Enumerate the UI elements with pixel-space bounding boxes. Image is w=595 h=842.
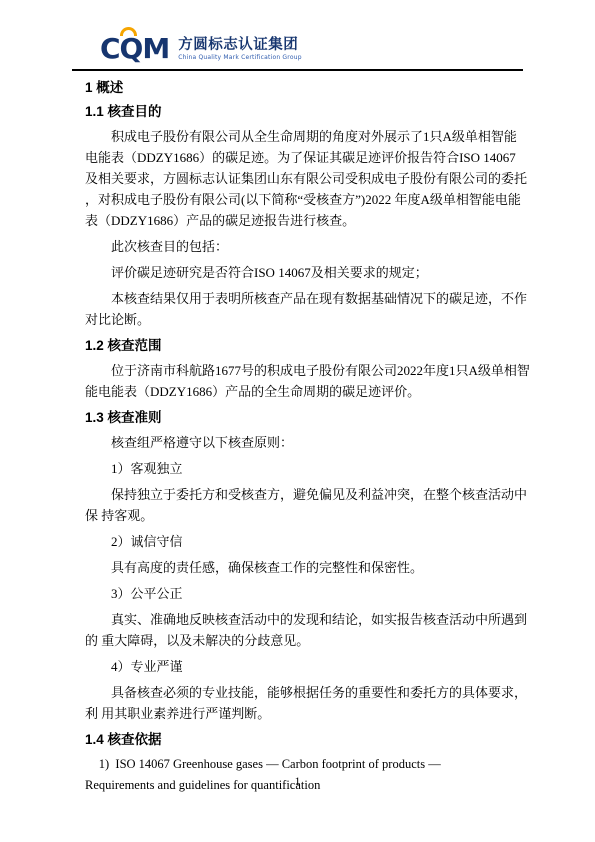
document-content: 1 概述 1.1 核查目的 积成电子股份有限公司从全生命周期的角度对外展示了1只… — [0, 71, 595, 796]
paragraph: 此次核查目的包括： — [85, 236, 512, 257]
paragraph-line: 1）客观独立 — [85, 458, 512, 479]
paragraph: 积成电子股份有限公司从全生命周期的角度对外展示了1只A级单相智能 电能表（DDZ… — [85, 126, 512, 231]
paragraph-line: 本核查结果仅用于表明所核查产品在现有数据基础情况下的碳足迹，不作 — [85, 288, 512, 309]
paragraph-line: 电能表（DDZY1686）的碳足迹。为了保证其碳足迹评价报告符合ISO 1406… — [85, 147, 512, 168]
paragraph: 1) ISO 14067 Greenhouse gases — Carbon f… — [85, 754, 512, 796]
cqm-wordmark: CQM — [100, 27, 169, 64]
paragraph-line: 此次核查目的包括： — [85, 236, 512, 257]
paragraph-line: 位于济南市科航路1677号的积成电子股份有限公司2022年度1只A级单相智 — [85, 360, 512, 381]
paragraph-line: 具备核查必须的专业技能，能够根据任务的重要性和委托方的具体要求， — [85, 682, 512, 703]
paragraph-line: 积成电子股份有限公司从全生命周期的角度对外展示了1只A级单相智能 — [85, 126, 512, 147]
paragraph: 本核查结果仅用于表明所核查产品在现有数据基础情况下的碳足迹，不作 对比论断。 — [85, 288, 512, 330]
paragraph: 核查组严格遵守以下核查原则： — [85, 432, 512, 453]
paragraph-line: 3）公平公正 — [85, 583, 512, 604]
paragraph: 具有高度的责任感，确保核查工作的完整性和保密性。 — [85, 557, 512, 578]
heading-overview: 1 概述 — [85, 80, 512, 96]
document-page: CQM 方圆标志认证集团 China Quality Mark Certific… — [0, 0, 595, 842]
paragraph: 评价碳足迹研究是否符合ISO 14067及相关要求的规定； — [85, 262, 512, 283]
brand-name-cn: 方圆标志认证集团 — [178, 38, 301, 53]
paragraph-line: 具有高度的责任感，确保核查工作的完整性和保密性。 — [85, 557, 512, 578]
paragraph-line: 2）诚信守信 — [85, 531, 512, 552]
page-footer: 1 — [0, 776, 595, 788]
paragraph-line: 的 重大障碍，以及未解决的分歧意见。 — [85, 630, 512, 651]
cqm-letters: CQM — [100, 32, 169, 65]
paragraph: 具备核查必须的专业技能，能够根据任务的重要性和委托方的具体要求， 利 用其职业素… — [85, 682, 512, 724]
heading-verification-basis: 1.4 核查依据 — [85, 732, 512, 748]
brand-block: 方圆标志认证集团 China Quality Mark Certificatio… — [178, 38, 301, 62]
list-item-label: 2）诚信守信 — [85, 531, 512, 552]
logo-arc-icon — [120, 27, 137, 36]
cqm-logo: CQM 方圆标志认证集团 China Quality Mark Certific… — [100, 27, 595, 64]
paragraph-line: 利 用其职业素养进行严谨判断。 — [85, 703, 512, 724]
paragraph: 真实、准确地反映核查活动中的发现和结论，如实报告核查活动中所遇到 的 重大障碍，… — [85, 609, 512, 651]
paragraph-line: 4）专业严谨 — [85, 656, 512, 677]
page-header: CQM 方圆标志认证集团 China Quality Mark Certific… — [0, 0, 595, 64]
reference-line: 1) ISO 14067 Greenhouse gases — Carbon f… — [85, 754, 512, 775]
paragraph-line: 对比论断。 — [85, 309, 512, 330]
paragraph-line: 评价碳足迹研究是否符合ISO 14067及相关要求的规定； — [85, 262, 512, 283]
brand-tagline-en: China Quality Mark Certification Group — [178, 54, 301, 62]
paragraph: 保持独立于委托方和受核查方，避免偏见及利益冲突，在整个核查活动中 保 持客观。 — [85, 484, 512, 526]
paragraph-line: 保持独立于委托方和受核查方，避免偏见及利益冲突，在整个核查活动中 — [85, 484, 512, 505]
list-item-label: 1）客观独立 — [85, 458, 512, 479]
paragraph-line: 保 持客观。 — [85, 505, 512, 526]
paragraph-line: 能电能表（DDZY1686）产品的全生命周期的碳足迹评价。 — [85, 381, 512, 402]
paragraph-line: 真实、准确地反映核查活动中的发现和结论，如实报告核查活动中所遇到 — [85, 609, 512, 630]
list-item-label: 4）专业严谨 — [85, 656, 512, 677]
paragraph-line: 核查组严格遵守以下核查原则： — [85, 432, 512, 453]
paragraph: 位于济南市科航路1677号的积成电子股份有限公司2022年度1只A级单相智 能电… — [85, 360, 512, 402]
heading-verification-scope: 1.2 核查范围 — [85, 338, 512, 354]
list-item-label: 3）公平公正 — [85, 583, 512, 604]
paragraph-line: ，对积成电子股份有限公司(以下简称“受核查方”)2022 年度A级单相智能电能 — [85, 189, 512, 210]
heading-verification-purpose: 1.1 核查目的 — [85, 104, 512, 120]
page-number: 1 — [295, 776, 301, 788]
heading-verification-criteria: 1.3 核查准则 — [85, 410, 512, 426]
paragraph-line: 表（DDZY1686）产品的碳足迹报告进行核查。 — [85, 210, 512, 231]
paragraph-line: 及相关要求，方圆标志认证集团山东有限公司受积成电子股份有限公司的委托 — [85, 168, 512, 189]
